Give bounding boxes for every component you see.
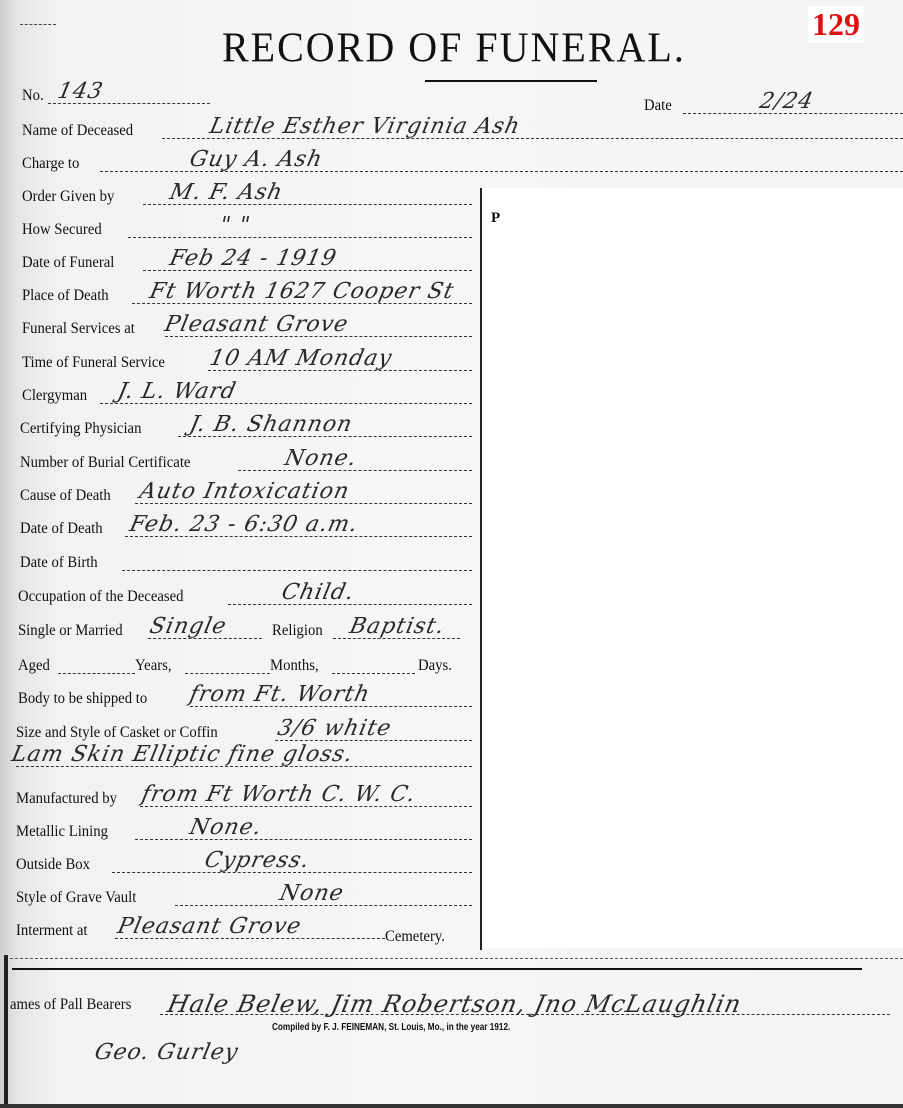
field-label: How Secured xyxy=(22,221,102,239)
field-value: M. F. Ash xyxy=(167,180,285,205)
bottom-edge xyxy=(0,1104,903,1108)
page-number: 129 xyxy=(808,6,864,43)
field-value: Auto Intoxication xyxy=(137,479,352,504)
field-value: Baptist. xyxy=(347,614,447,639)
field-value: 2/24 xyxy=(757,89,816,114)
field-value: from Ft. Worth xyxy=(187,682,372,707)
field-dotted-line xyxy=(332,673,415,674)
field-label: Years, xyxy=(135,657,172,675)
field-value: Feb 24 - 1919 xyxy=(167,246,339,271)
field-label: Manufactured by xyxy=(16,790,117,808)
field-label: Cause of Death xyxy=(20,487,111,505)
field-label: Funeral Services at xyxy=(22,320,135,338)
field-value: Lam Skin Elliptic fine gloss. xyxy=(9,742,355,767)
title-underline xyxy=(425,80,597,82)
funeral-record-page: RECORD OF FUNERAL. 129 P No.143Date2/24N… xyxy=(0,0,903,1108)
field-label: Days. xyxy=(418,657,452,675)
left-edge-bar xyxy=(4,955,8,1105)
field-dotted-line xyxy=(238,470,472,471)
field-value: 3/6 white xyxy=(275,716,394,741)
field-dotted-line xyxy=(128,237,472,238)
field-value: None. xyxy=(187,815,264,840)
field-dotted-line xyxy=(122,570,472,571)
field-value: " " xyxy=(217,213,253,238)
page-title: RECORD OF FUNERAL. xyxy=(222,23,686,72)
field-label: Months, xyxy=(270,657,319,675)
field-value: 143 xyxy=(55,79,105,104)
field-label: Certifying Physician xyxy=(20,420,141,438)
field-value: Child. xyxy=(279,580,356,605)
field-dotted-line xyxy=(185,673,270,674)
field-value: Pleasant Grove xyxy=(162,312,350,337)
field-value: None. xyxy=(282,446,359,471)
field-label: Time of Funeral Service xyxy=(22,354,165,372)
field-label: Order Given by xyxy=(22,188,114,206)
field-label: Place of Death xyxy=(22,287,109,305)
field-label: Date of Birth xyxy=(20,554,98,572)
field-value: Little Esther Virginia Ash xyxy=(207,114,522,139)
field-label: Metallic Lining xyxy=(16,823,108,841)
field-value: Cypress. xyxy=(202,848,312,873)
field-label: Cemetery. xyxy=(385,928,445,946)
field-label: No. xyxy=(22,87,44,105)
bottom-rule xyxy=(12,968,862,970)
field-label: Style of Grave Vault xyxy=(16,889,136,907)
field-label: Occupation of the Deceased xyxy=(18,588,184,606)
field-label: Size and Style of Casket or Coffin xyxy=(16,724,218,742)
field-label: Religion xyxy=(272,622,323,640)
field-label: Date of Funeral xyxy=(22,254,114,272)
corner-mark xyxy=(20,24,56,25)
field-value: Guy A. Ash xyxy=(187,147,325,172)
pall-bearers-line2: Geo. Gurley xyxy=(92,1040,241,1065)
field-dotted-line xyxy=(58,673,135,674)
field-label: Date xyxy=(644,97,672,115)
pall-bearers-label: ames of Pall Bearers xyxy=(10,996,131,1014)
compiled-by-note: Compiled by F. J. FEINEMAN, St. Louis, M… xyxy=(272,1022,510,1033)
field-value: Single xyxy=(147,614,229,639)
field-label: Outside Box xyxy=(16,856,90,874)
field-label: Interment at xyxy=(16,922,88,940)
field-value: J. B. Shannon xyxy=(187,412,355,437)
field-label: Charge to xyxy=(22,155,79,173)
field-value: Pleasant Grove xyxy=(115,914,303,939)
field-value: Ft Worth 1627 Cooper St xyxy=(147,279,456,304)
field-label: Name of Deceased xyxy=(22,122,133,140)
field-label: Body to be shipped to xyxy=(18,690,147,708)
field-label: Number of Burial Certificate xyxy=(20,454,190,472)
pall-bearers-line1: Hale Belew, Jim Robertson, Jno McLaughli… xyxy=(165,990,744,1018)
side-panel xyxy=(480,188,903,948)
field-value: Feb. 23 - 6:30 a.m. xyxy=(127,512,360,537)
field-value: 10 AM Monday xyxy=(207,346,394,371)
field-value: J. L. Ward xyxy=(115,379,238,404)
field-label: Aged xyxy=(18,657,50,675)
bottom-dashed-rule xyxy=(10,958,903,959)
field-value: from Ft Worth C. W. C. xyxy=(139,782,418,807)
field-dotted-line xyxy=(135,839,472,840)
field-value: None xyxy=(277,881,346,906)
field-label: Single or Married xyxy=(18,622,123,640)
field-label: Clergyman xyxy=(22,387,87,405)
field-label: Date of Death xyxy=(20,520,103,538)
side-panel-divider xyxy=(480,188,482,950)
side-panel-letter: P xyxy=(491,210,500,227)
